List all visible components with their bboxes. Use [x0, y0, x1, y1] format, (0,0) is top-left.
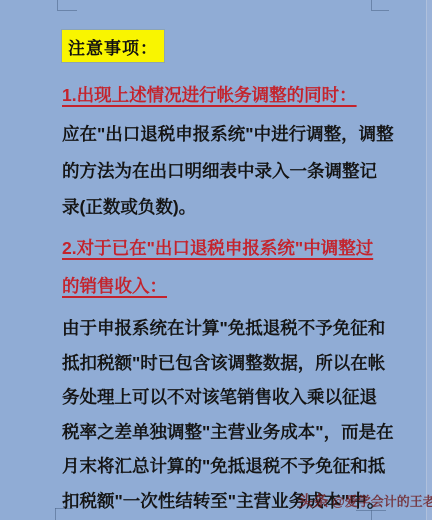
section-1-body: 应在"出口退税申报系统"中进行调整，调整 的方法为在出口明细表中录入一条调整记 … — [62, 116, 394, 226]
text-boundary-mark-bottom-left — [55, 508, 56, 520]
text-boundary-mark-top-right — [371, 0, 372, 10]
text-boundary-mark-top-left — [57, 0, 58, 10]
document-page: 注意事项： 1.出现上述情况进行帐务调整的同时： 应在"出口退税申报系统"中进行… — [0, 0, 432, 520]
body-line: 税率之差单独调整"主营业务成本"，而是在 — [62, 415, 394, 450]
section-2-heading: 2.对于已在"出口退税申报系统"中调整过 的销售收入： — [62, 230, 373, 305]
body-line: 应在"出口退税申报系统"中进行调整，调整 — [62, 116, 394, 153]
body-line: 由于申报系统在计算"免抵退税不予免征和 — [62, 311, 394, 346]
text-boundary-mark-top-right — [371, 10, 389, 11]
watermark-handle: @爱学会计的王老师 — [332, 491, 432, 510]
section-2-body: 由于申报系统在计算"免抵退税不予免征和 抵扣税额"时已包含该调整数据，所以在帐 … — [62, 311, 394, 518]
page-edge-strip — [427, 0, 432, 520]
body-line: 月末将汇总计算的"免抵退税不予免征和抵 — [62, 449, 394, 484]
page-title: 注意事项： — [62, 30, 164, 62]
section-1-heading: 1.出现上述情况进行帐务调整的同时： — [62, 82, 357, 107]
body-line: 务处理上可以不对该笔销售收入乘以征退 — [62, 380, 394, 415]
page-edge-line — [426, 0, 427, 520]
watermark: 头条 @爱学会计的王老师 — [298, 490, 432, 511]
body-line: 抵扣税额"时已包含该调整数据，所以在帐 — [62, 346, 394, 381]
toutiao-logo: 头条 — [298, 490, 329, 511]
text-boundary-mark-top-left — [57, 10, 77, 11]
heading-line: 2.对于已在"出口退税申报系统"中调整过 — [62, 230, 373, 268]
body-line: 的方法为在出口明细表中录入一条调整记 — [62, 153, 394, 190]
heading-line: 1.出现上述情况进行帐务调整的同时： — [62, 82, 357, 107]
body-line: 录(正数或负数)。 — [62, 189, 394, 226]
heading-line: 的销售收入： — [62, 268, 373, 306]
